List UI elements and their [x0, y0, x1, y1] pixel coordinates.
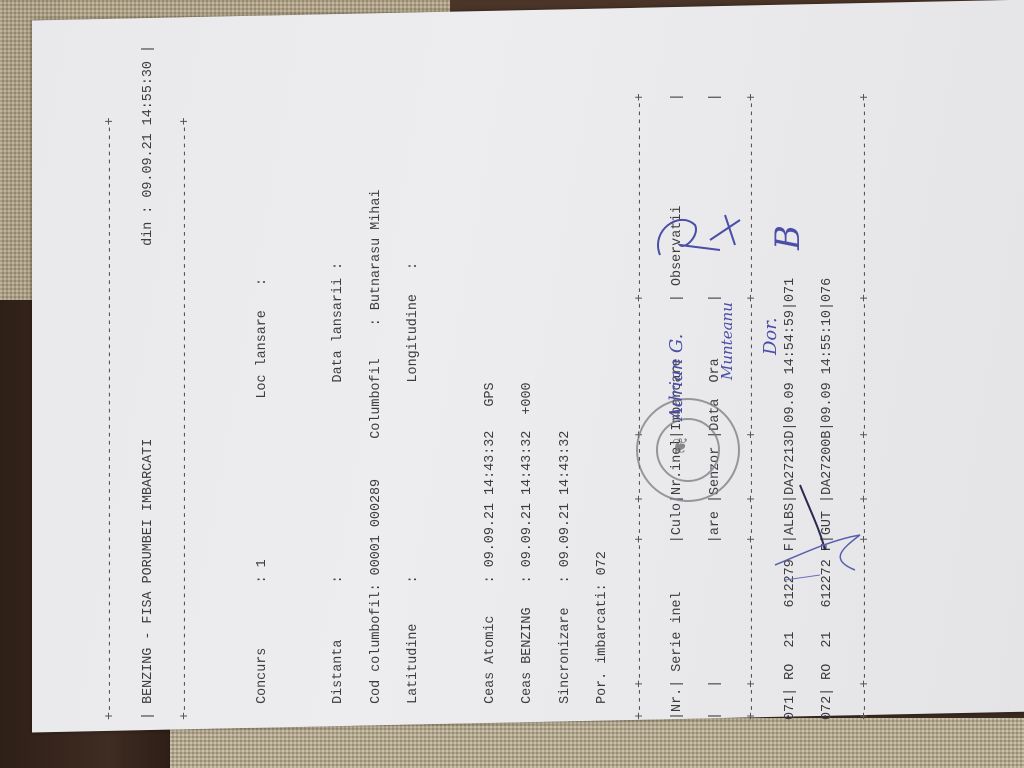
row-columbofil: Cod columbofil: 00001 000289 Columbofil … — [371, 20, 384, 720]
table-row: 072| RO 21 612272 F|GUT |DA27200B|09.09 … — [822, 20, 835, 720]
document-header: | BENZING - FISA PORUMBEI IMBARCATI din … — [143, 20, 156, 720]
cod-columbofil-value: 00001 000289 — [369, 479, 384, 575]
handwritten-initials: B — [768, 225, 808, 250]
signature-scribble-1 — [640, 200, 750, 280]
handwritten-name-1: Adrian G. — [666, 280, 687, 420]
print-datetime: 09.09.21 14:55:30 — [141, 61, 156, 198]
row-latitudine: Latitudine : Longitudine : — [408, 20, 421, 720]
club-stamp: ❦ — [636, 398, 740, 502]
clock-row: Ceas Atomic : 09.09.21 14:43:32 GPS — [485, 20, 498, 720]
concurs-value: 1 — [255, 559, 270, 567]
clock-row: Ceas BENZING : 09.09.21 14:43:32 +000 — [522, 20, 535, 720]
porumbei-imbarcati-count: 072 — [595, 551, 610, 575]
document-content: +---------------------------------------… — [80, 20, 980, 720]
document-title: BENZING - FISA PORUMBEI IMBARCATI — [141, 439, 156, 704]
row-distanta: Distanta : Data lansarii : — [333, 20, 346, 720]
clock-row: Sincronizare : 09.09.21 14:43:32 — [560, 20, 573, 720]
pigeon-icon: ❦ — [672, 430, 688, 461]
signature-crescator-scribble — [760, 480, 880, 590]
row-concurs: Concurs : 1 Loc lansare : — [257, 20, 270, 720]
stamp-inner-ring — [656, 418, 720, 482]
columbofil-name: Butnarasu Mihai — [369, 190, 384, 311]
table-row: 071| RO 21 612279 F|ALBS|DA27213D|09.09 … — [785, 20, 798, 720]
handwritten-name-3: Dor. — [760, 317, 781, 355]
clock-row: Por. imbarcati: 072 — [597, 20, 610, 720]
